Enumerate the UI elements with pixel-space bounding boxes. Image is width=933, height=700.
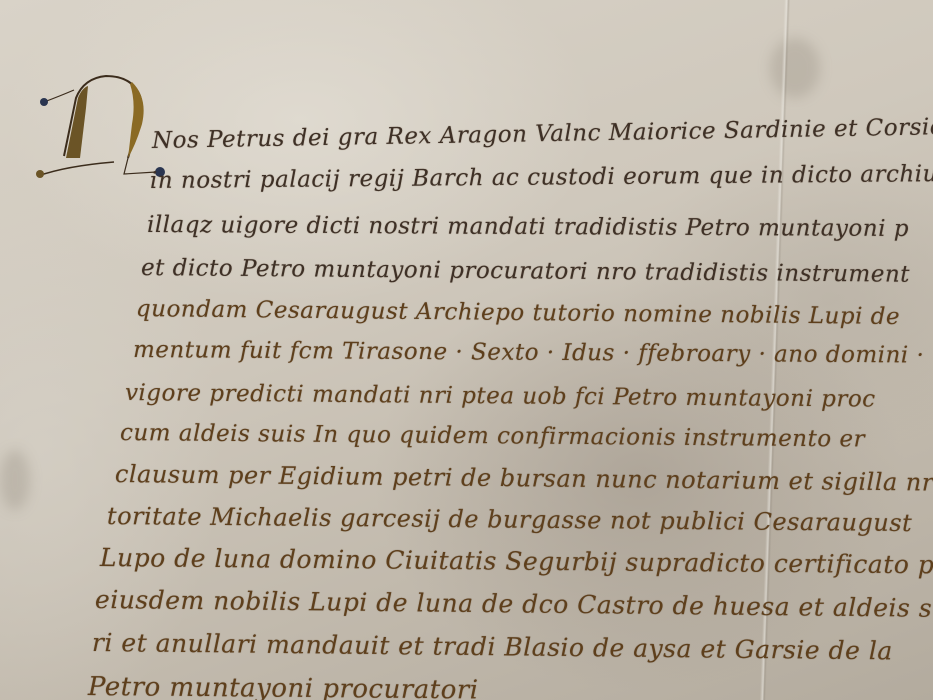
manuscript-line: Nos Petrus dei gra Rex Aragon Valnc Maio… [152, 114, 933, 154]
manuscript-line: in nostri palacij regij Barch ac custodi… [150, 161, 933, 194]
manuscript-line: Petro muntayoni procuratori [88, 672, 479, 700]
manuscript-line: mentum fuit fcm Tirasone · Sexto · Idus … [133, 337, 925, 369]
manuscript-line: Lupo de luna domino Ciuitatis Segurbij s… [100, 543, 933, 579]
manuscript-line: quondam Cesaraugust Archiepo tutorio nom… [136, 296, 900, 330]
manuscript-text: Nos Petrus dei gra Rex Aragon Valnc Maio… [0, 0, 933, 700]
manuscript-line: eiusdem nobilis Lupi de luna de dco Cast… [95, 585, 933, 623]
manuscript-line: vigore predicti mandati nri ptea uob fci… [125, 380, 876, 413]
manuscript-line: cum aldeis suis In quo quidem confirmaci… [120, 420, 865, 453]
manuscript-line: toritate Michaelis garcesij de burgasse … [107, 502, 912, 537]
manuscript-line: ri et anullari mandauit et tradi Blasio … [92, 628, 893, 665]
manuscript-line: et dicto Petro muntayoni procuratori nro… [141, 255, 910, 288]
manuscript-line: clausum per Egidium petri de bursan nunc… [115, 460, 933, 497]
manuscript-line: illaqz uigore dicti nostri mandati tradi… [147, 212, 909, 242]
